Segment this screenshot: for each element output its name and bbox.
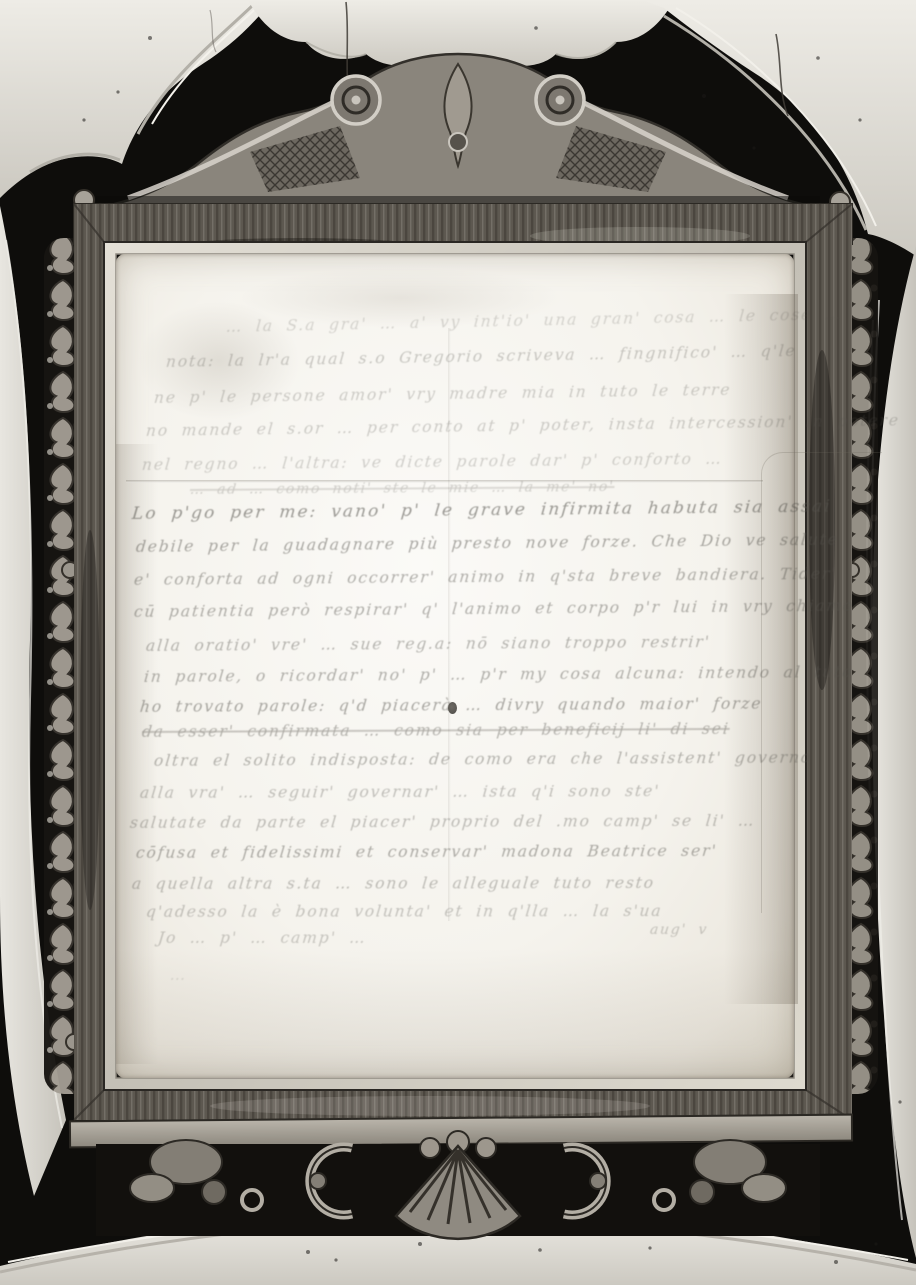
crest-volute-right xyxy=(536,76,584,124)
manuscript-line: Jo … p' … camp' … xyxy=(157,929,368,947)
manuscript-line: alla vra' … seguir' governar' … ista q'i… xyxy=(139,782,661,802)
frame-bottom-apron xyxy=(96,1131,820,1239)
manuscript-line: cū patientia però respirar' q' l'animo e… xyxy=(133,597,855,621)
manuscript-line: a quella altra s.ta … sono le alleguale … xyxy=(131,874,656,893)
manuscript-line: ne p' le persone amor' vry madre mia in … xyxy=(153,381,732,407)
manuscript-line: in parole, o ricordar' no' p' … p'r my c… xyxy=(143,663,854,686)
frame-crest xyxy=(96,54,820,208)
manuscript-line: no mande el s.or … per conto at p' poter… xyxy=(145,411,900,440)
manuscript-line: nota: la lr'a qual s.o Gregorio scriveva… xyxy=(165,342,797,371)
photo-framed-manuscript: … la S.a gra' … a' vy int'io' una gran' … xyxy=(0,0,916,1285)
manuscript-line: aug' v xyxy=(649,922,709,938)
manuscript-line: … la S.a gra' … a' vy int'io' una gran' … xyxy=(225,305,843,336)
manuscript-page: … la S.a gra' … a' vy int'io' una gran' … xyxy=(116,254,794,1078)
manuscript-line: Lo p'go per me: vano' p' le grave infirm… xyxy=(131,497,832,524)
manuscript-line: da esser' confirmata … como sia per bene… xyxy=(141,720,730,741)
manuscript-line: q'adesso la è bona volunta' et in q'lla … xyxy=(145,902,663,921)
manuscript-line: … ad … como noti' ste le mie … la me' no… xyxy=(189,479,615,498)
manuscript-line: cōfusa et fidelissimi et conservar' mado… xyxy=(135,842,718,862)
crest-volute-left xyxy=(332,76,380,124)
manuscript-line: e' conforta ad ogni occorrer' animo in q… xyxy=(133,565,838,589)
manuscript-line: salutate da parte el piacer' proprio del… xyxy=(129,812,756,832)
manuscript-line: nel regno … l'altra: ve dicte parole dar… xyxy=(141,450,724,474)
manuscript-line: debile per la guadagnare più presto nove… xyxy=(135,531,839,556)
manuscript-line: oltra el solito indisposta: de como era … xyxy=(153,749,813,770)
manuscript-line: ho trovato parole: q'd piacerà … divry q… xyxy=(139,695,763,716)
manuscript-line: alla oratio' vre' … sue reg.a: nō siano … xyxy=(145,633,711,655)
manuscript-line: … xyxy=(169,966,188,984)
manuscript-text: … la S.a gra' … a' vy int'io' una gran' … xyxy=(130,254,780,1078)
